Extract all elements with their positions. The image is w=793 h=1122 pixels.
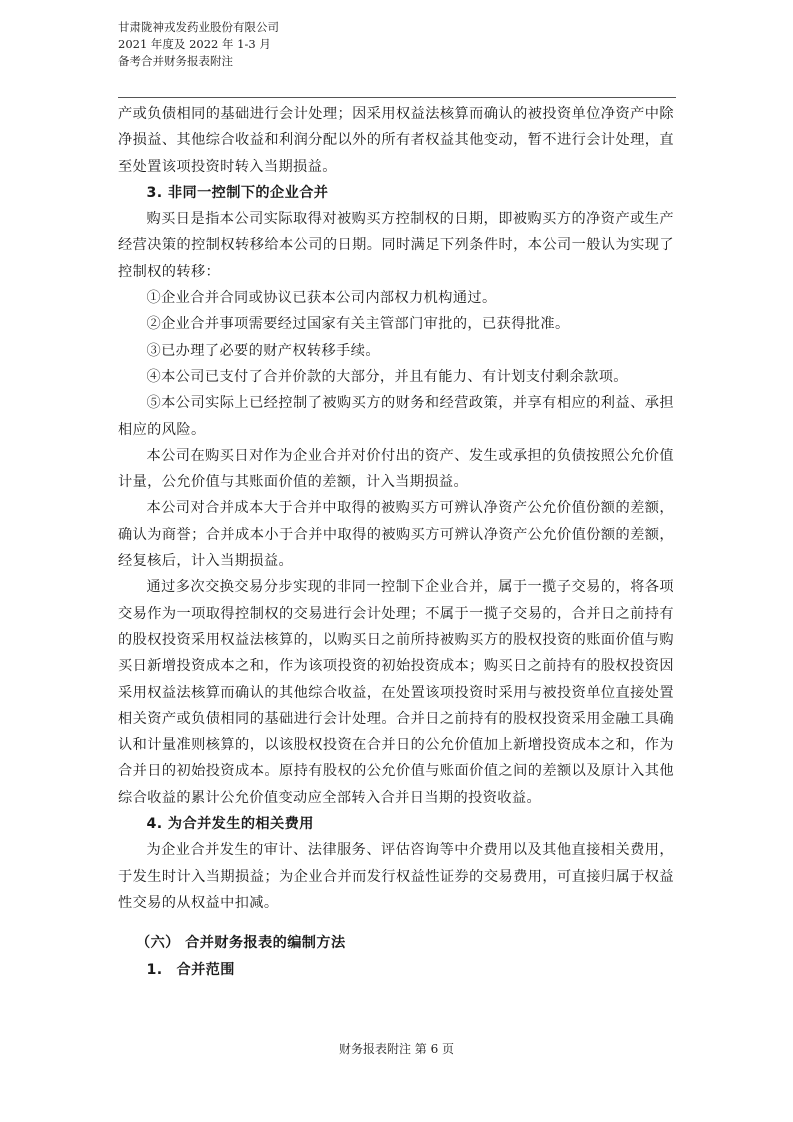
section-3-paragraph-2: 本公司在购买日对作为企业合并对价付出的资产、发生或承担的负债按照公允价值计量，公…	[118, 443, 674, 496]
subsection-1-heading: 1.合并范围	[118, 957, 674, 983]
section-6-heading: （六） 合并财务报表的编制方法	[118, 930, 674, 956]
section-3-paragraph-3: 本公司对合并成本大于合并中取得的被购买方可辨认净资产公允价值份额的差额，确认为商…	[118, 495, 674, 574]
section-3-heading: 3. 非同一控制下的企业合并	[118, 180, 674, 206]
condition-item-3: ③已办理了必要的财产权转移手续。	[118, 338, 674, 364]
section-4-heading: 4. 为合并发生的相关费用	[118, 811, 674, 837]
header-divider	[118, 97, 676, 98]
header-company: 甘肃陇神戎发药业股份有限公司	[118, 19, 676, 36]
subsection-1-number: 1.	[147, 957, 177, 983]
subsection-1-title: 合并范围	[177, 962, 235, 978]
page-footer: 财务报表附注 第 6 页	[0, 1040, 793, 1057]
condition-item-2: ②企业合并事项需要经过国家有关主管部门审批的，已获得批准。	[118, 311, 674, 337]
condition-item-1: ①企业合并合同或协议已获本公司内部权力机构通过。	[118, 285, 674, 311]
document-body: 产或负债相同的基础进行会计处理；因采用权益法核算而确认的被投资单位净资产中除净损…	[118, 101, 674, 983]
page-header: 甘肃陇神戎发药业股份有限公司 2021 年度及 2022 年 1-3 月 备考合…	[118, 19, 676, 70]
header-period: 2021 年度及 2022 年 1-3 月	[118, 36, 676, 53]
header-doc-title: 备考合并财务报表附注	[118, 53, 676, 70]
continuation-paragraph: 产或负债相同的基础进行会计处理；因采用权益法核算而确认的被投资单位净资产中除净损…	[118, 101, 674, 180]
condition-item-4: ④本公司已支付了合并价款的大部分，并且有能力、有计划支付剩余款项。	[118, 364, 674, 390]
section-4-paragraph-1: 为企业合并发生的审计、法律服务、评估咨询等中介费用以及其他直接相关费用，于发生时…	[118, 837, 674, 916]
section-3-paragraph-4: 通过多次交换交易分步实现的非同一控制下企业合并，属于一揽子交易的，将各项交易作为…	[118, 574, 674, 811]
section-3-paragraph-1: 购买日是指本公司实际取得对被购买方控制权的日期，即被购买方的净资产或生产经营决策…	[118, 206, 674, 285]
condition-item-5: ⑤本公司实际上已经控制了被购买方的财务和经营政策，并享有相应的利益、承担相应的风…	[118, 390, 674, 443]
